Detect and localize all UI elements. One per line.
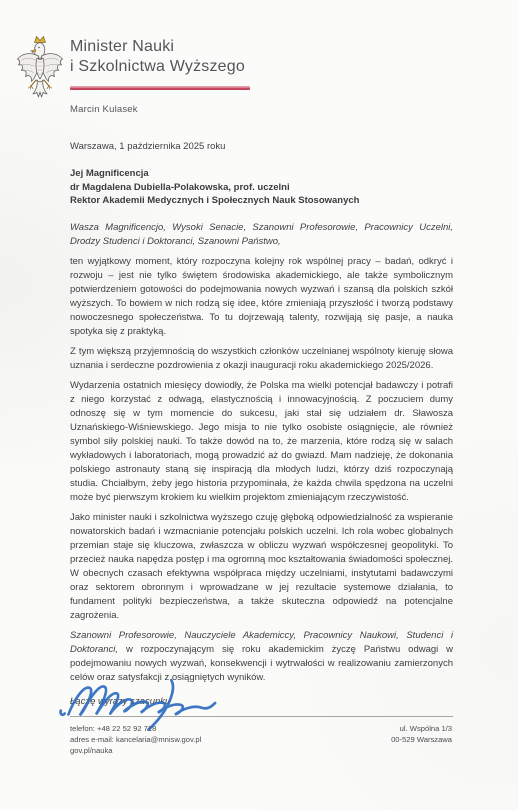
poland-eagle-emblem-icon bbox=[15, 33, 65, 105]
footer-email: adres e-mail: kancelaria@mnisw.gov.pl bbox=[70, 734, 201, 745]
footer-phone: telefon: +48 22 52 92 718 bbox=[70, 723, 201, 734]
footer-street: ul. Wspólna 1/3 bbox=[391, 723, 452, 734]
footer-city: 00-529 Warszawa bbox=[391, 734, 452, 745]
addressee-block: Jej Magnificencja dr Magdalena Dubiella-… bbox=[70, 167, 453, 208]
footer-contact-block: telefon: +48 22 52 92 718 adres e-mail: … bbox=[70, 723, 201, 756]
salutation: Wasza Magnificencjo, Wysoki Senacie, Sza… bbox=[70, 221, 453, 249]
addressee-name: dr Magdalena Dubiella-Polakowska, prof. … bbox=[70, 181, 453, 195]
addressee-honorific: Jej Magnificencja bbox=[70, 167, 453, 181]
footer-address-block: ul. Wspólna 1/3 00-529 Warszawa bbox=[391, 723, 452, 745]
ministry-title-line2: i Szkolnictwa Wyższego bbox=[70, 57, 245, 77]
scanned-letter-page: Minister Nauki i Szkolnictwa Wyższego Ma… bbox=[0, 0, 518, 810]
red-accent-rule bbox=[70, 86, 250, 90]
paragraph-1: ten wyjątkowy moment, który rozpoczyna k… bbox=[70, 255, 453, 339]
ministry-title-line1: Minister Nauki bbox=[70, 37, 245, 57]
addressee-role: Rektor Akademii Medycznych i Społecznych… bbox=[70, 194, 453, 208]
minister-name: Marcin Kulasek bbox=[70, 104, 138, 115]
date-line: Warszawa, 1 października 2025 roku bbox=[70, 140, 453, 154]
paragraph-2: Z tym większą przyjemnością do wszystkic… bbox=[70, 345, 453, 373]
footer-website: gov.pl/nauka bbox=[70, 745, 201, 756]
paragraph-4: Jako minister nauki i szkolnictwa wyższe… bbox=[70, 511, 453, 623]
ministry-title: Minister Nauki i Szkolnictwa Wyższego bbox=[70, 37, 245, 77]
letter-body: Warszawa, 1 października 2025 roku Jej M… bbox=[70, 140, 453, 718]
paragraph-3: Wydarzenia ostatnich miesięcy dowiodły, … bbox=[70, 379, 453, 505]
